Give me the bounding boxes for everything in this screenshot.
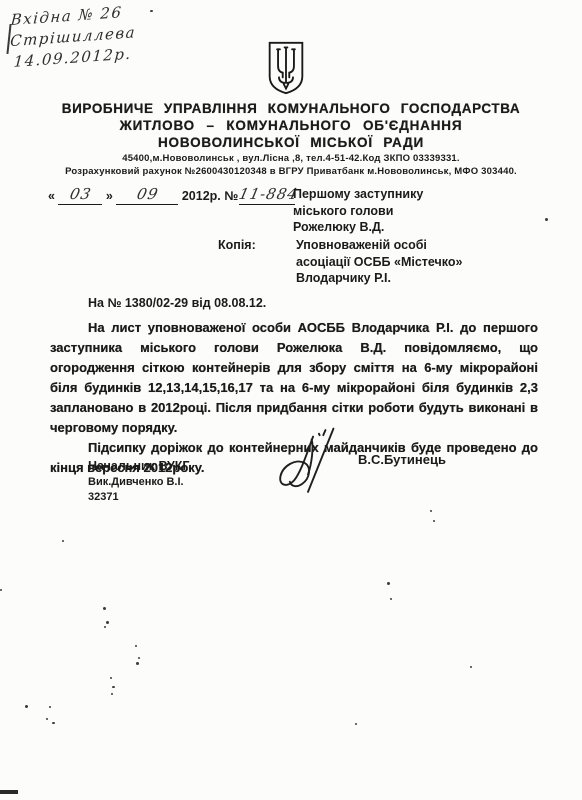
signature-left-block: Начальник ВУКГ Вик.Дивченко В.І. 32371 <box>88 458 190 505</box>
scan-noise-dot <box>545 218 548 221</box>
org-address-line: 45400,м.Нововолинськ , вул.Лісна ,8, тел… <box>0 152 582 165</box>
copy-recipient-name: Влодарчику Р.І. <box>296 270 462 287</box>
scan-noise-dot <box>355 723 357 725</box>
scan-noise-dot <box>470 666 472 668</box>
scan-noise-dot <box>62 540 64 542</box>
scan-edge-mark <box>0 790 18 794</box>
org-name-line-1: ВИРОБНИЧЕ УПРАВЛІННЯ КОМУНАЛЬНОГО ГОСПОД… <box>0 100 582 117</box>
copy-recipient-block: Уповноваженій особі асоціації ОСББ «Міст… <box>296 237 462 287</box>
scan-noise-dot <box>104 626 106 628</box>
letterhead-contacts: 45400,м.Нововолинськ , вул.Лісна ,8, тел… <box>0 152 582 178</box>
scan-noise-dot <box>150 10 153 12</box>
handwritten-signature-icon <box>268 418 348 504</box>
scan-noise-dot <box>387 582 390 585</box>
recipient-title-2: міського голови <box>293 203 423 220</box>
reference-line: На № 1380/02-29 від 08.08.12. <box>88 296 266 310</box>
close-quote: » <box>106 189 113 203</box>
scan-noise-dot <box>136 662 139 665</box>
scan-noise-dot <box>433 520 435 522</box>
handwritten-registration-note: Вхідна № 26 Стрішиллева 14.09.2012р. <box>10 0 184 73</box>
scan-noise-dot <box>138 657 140 659</box>
scan-noise-dot <box>106 621 109 624</box>
handwritten-day-field: 03 <box>58 186 102 205</box>
date-and-number-line: « 03 » 09 2012р. №11-884 <box>48 186 295 205</box>
scan-noise-dot <box>135 645 137 647</box>
org-bank-details-line: Розрахунковий рахунок №2600430120348 в В… <box>0 165 582 178</box>
recipient-name: Рожелюку В.Д. <box>293 219 423 236</box>
copy-recipient-org: асоціації ОСББ «Містечко» <box>296 254 462 271</box>
org-name-line-3: НОВОВОЛИНСЬКОЇ МІСЬКОЇ РАДИ <box>0 134 582 151</box>
year-and-number-label: 2012р. № <box>182 189 238 203</box>
signer-name: В.С.Бутинець <box>358 452 446 467</box>
handwritten-month-field: 09 <box>116 186 178 205</box>
recipient-block: Першому заступнику міського голови Рожел… <box>293 186 423 236</box>
scan-noise-dot <box>430 510 432 512</box>
scan-noise-dot <box>49 706 51 708</box>
scanned-letter-page: Вхідна № 26 Стрішиллева 14.09.2012р. ВИР… <box>0 0 582 800</box>
scan-noise-dot <box>112 686 115 688</box>
org-name-line-2: ЖИТЛОВО – КОМУНАЛЬНОГО ОБ'ЄДНАННЯ <box>0 117 582 134</box>
copy-recipient-title: Уповноваженій особі <box>296 237 462 254</box>
scan-noise-dot <box>390 598 392 600</box>
copy-label: Копія: <box>218 238 256 252</box>
scan-noise-dot <box>52 722 55 724</box>
signer-position: Начальник ВУКГ <box>88 458 190 475</box>
scan-noise-dot <box>110 677 112 679</box>
executor-name: Вик.Дивченко В.І. <box>88 475 190 490</box>
handwritten-outgoing-number-field: 11-884 <box>239 186 295 205</box>
scan-noise-dot <box>25 705 28 708</box>
executor-phone: 32371 <box>88 490 190 505</box>
scan-noise-dot <box>0 589 2 591</box>
open-quote: « <box>48 189 55 203</box>
letterhead: ВИРОБНИЧЕ УПРАВЛІННЯ КОМУНАЛЬНОГО ГОСПОД… <box>0 100 582 151</box>
scan-noise-dot <box>103 607 106 610</box>
ukraine-trident-emblem-icon <box>264 40 308 96</box>
recipient-title: Першому заступнику <box>293 186 423 203</box>
scan-noise-dot <box>46 718 48 720</box>
scan-noise-dot <box>111 693 113 695</box>
